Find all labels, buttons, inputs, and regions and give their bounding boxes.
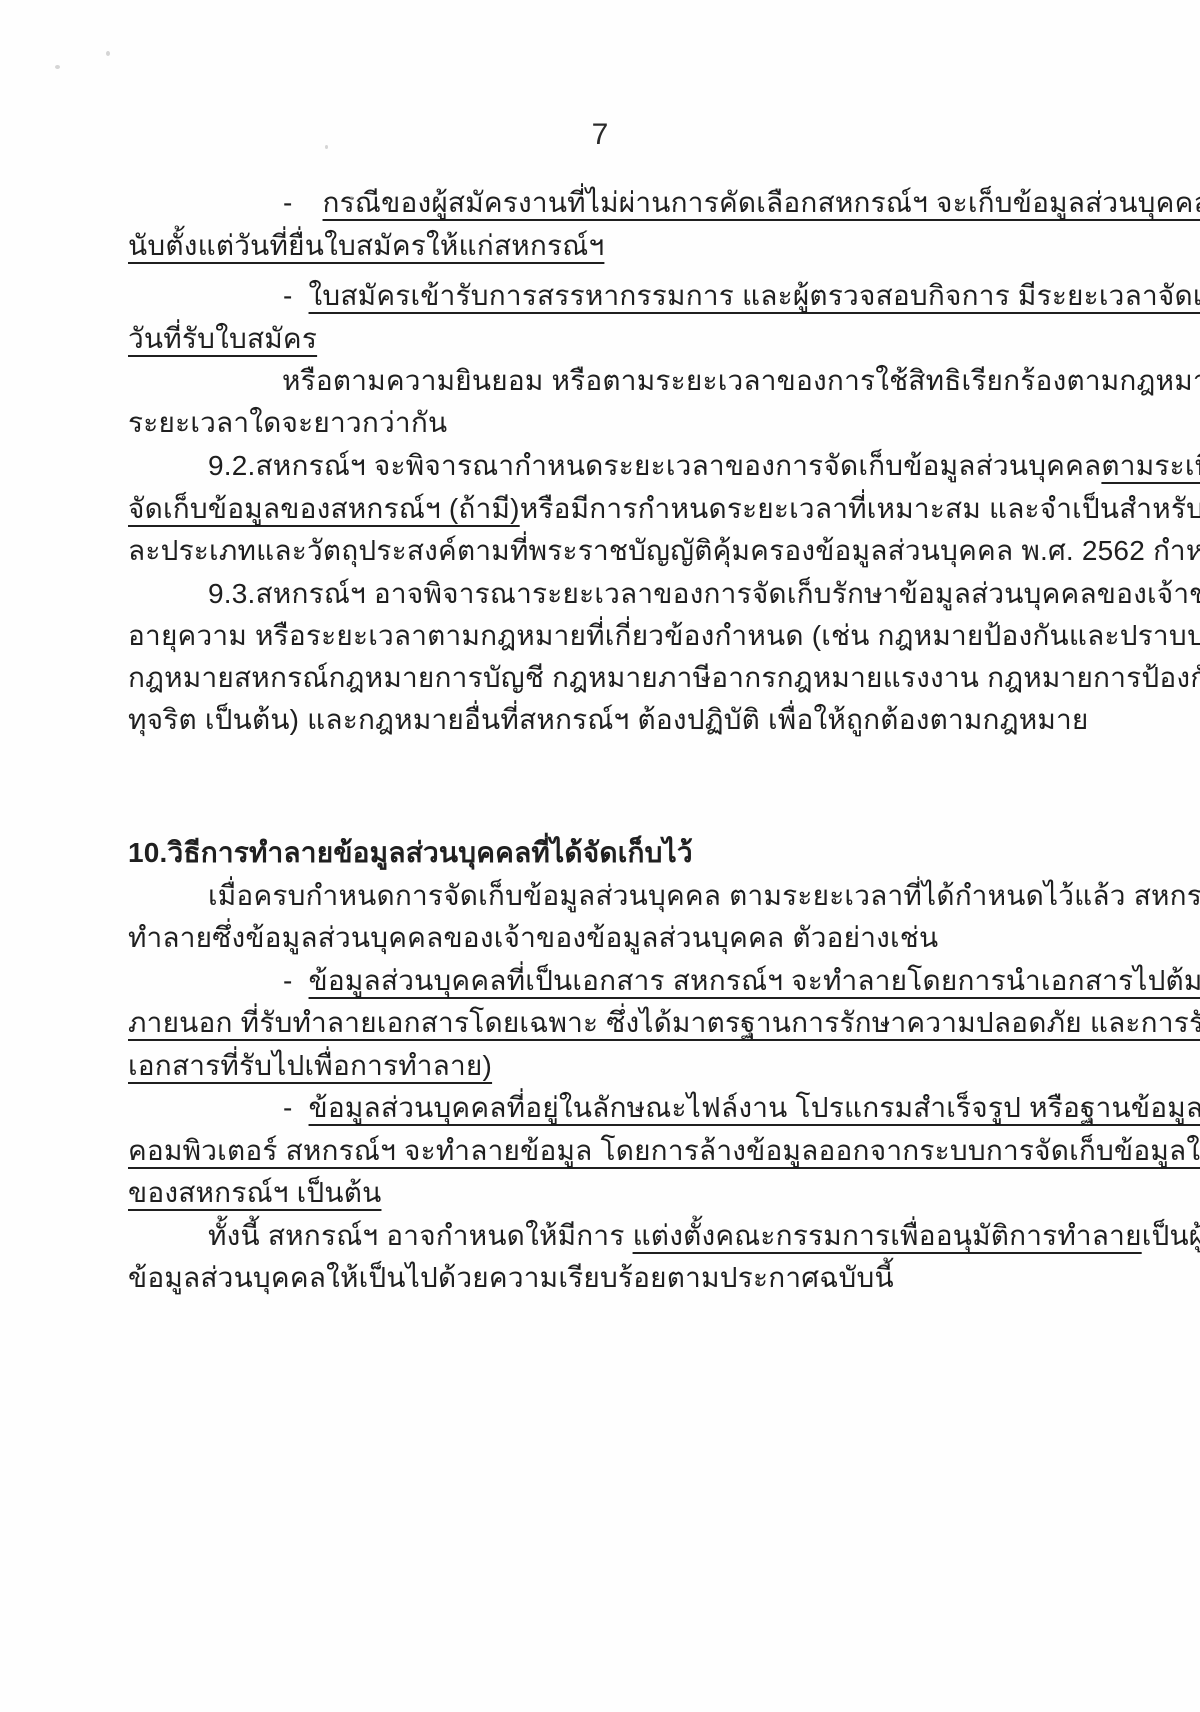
bullet-line: -ข้อมูลส่วนบุคคลที่อยู่ในลักษณะไฟล์งาน โ… xyxy=(283,1088,1200,1128)
underlined-text: คอมพิวเตอร์ สหกรณ์ฯ จะทำลายข้อมูล โดยการ… xyxy=(128,1135,1200,1166)
plain-text: ทั้งนี้ สหกรณ์ฯ อาจกำหนดให้มีการ xyxy=(208,1220,633,1251)
plain-text: - xyxy=(283,276,293,316)
plain-text: 9.3.สหกรณ์ฯ อาจพิจารณาระยะเวลาของการจัดเ… xyxy=(208,578,1200,609)
underlined-text: ตามระเบียบว่าด้วยการ xyxy=(1101,450,1200,481)
underlined-text: ภายนอก ที่รับทำลายเอกสารโดยเฉพาะ ซึ่งได้… xyxy=(128,1007,1200,1038)
text-line: คอมพิวเตอร์ สหกรณ์ฯ จะทำลายข้อมูล โดยการ… xyxy=(128,1131,1200,1171)
plain-text: - xyxy=(283,183,293,223)
plain-text: หรือมีการกำหนดระยะเวลาที่เหมาะสม และจำเป… xyxy=(520,493,1200,524)
underlined-text: ใบสมัครเข้ารับการสรรหากรรมการ และผู้ตรวจ… xyxy=(309,280,1200,311)
paragraph-line: ระยะเวลาใดจะยาวกว่ากัน xyxy=(128,403,447,443)
paragraph-line: เมื่อครบกำหนดการจัดเก็บข้อมูลส่วนบุคคล ต… xyxy=(208,876,1200,916)
paragraph-line: ทุจริต เป็นต้น) และกฎหมายอื่นที่สหกรณ์ฯ … xyxy=(128,700,1089,740)
paragraph-line: ข้อมูลส่วนบุคคลให้เป็นไปด้วยความเรียบร้อ… xyxy=(128,1258,894,1298)
page-number: 7 xyxy=(0,118,1200,152)
paragraph-line: หรือตามความยินยอม หรือตามระยะเวลาของการใ… xyxy=(282,361,1200,401)
paragraph-line: ละประเภทและวัตถุประสงค์ตามที่พระราชบัญญั… xyxy=(128,531,1200,571)
plain-text: อายุความ หรือระยะเวลาตามกฎหมายที่เกี่ยวข… xyxy=(128,620,1200,651)
plain-text: 9.2.สหกรณ์ฯ จะพิจารณากำหนดระยะเวลาของการ… xyxy=(208,450,1101,481)
scan-speck xyxy=(55,65,60,69)
paragraph-line: 9.2.สหกรณ์ฯ จะพิจารณากำหนดระยะเวลาของการ… xyxy=(208,446,1200,486)
plain-text: - xyxy=(283,1088,293,1128)
underlined-text: นับตั้งแต่วันที่ยื่นใบสมัครให้แก่สหกรณ์ฯ xyxy=(128,230,604,261)
text-line: ของสหกรณ์ฯ เป็นต้น xyxy=(128,1173,381,1213)
underlined-text: วันที่รับใบสมัคร xyxy=(128,323,317,354)
text-line: ภายนอก ที่รับทำลายเอกสารโดยเฉพาะ ซึ่งได้… xyxy=(128,1003,1200,1043)
paragraph-line: 9.3.สหกรณ์ฯ อาจพิจารณาระยะเวลาของการจัดเ… xyxy=(208,574,1200,614)
plain-text: ระยะเวลาใดจะยาวกว่ากัน xyxy=(128,407,447,438)
underlined-text: จัดเก็บข้อมูลของสหกรณ์ฯ (ถ้ามี) xyxy=(128,493,520,524)
plain-text: ละประเภทและวัตถุประสงค์ตามที่พระราชบัญญั… xyxy=(128,535,1200,566)
plain-text: - xyxy=(283,961,293,1001)
plain-text: ทำลายซึ่งข้อมูลส่วนบุคคลของเจ้าของข้อมูล… xyxy=(128,922,938,953)
plain-text: ทุจริต เป็นต้น) และกฎหมายอื่นที่สหกรณ์ฯ … xyxy=(128,704,1089,735)
underlined-text: ข้อมูลส่วนบุคคลที่อยู่ในลักษณะไฟล์งาน โป… xyxy=(309,1092,1200,1123)
paragraph-line: ทำลายซึ่งข้อมูลส่วนบุคคลของเจ้าของข้อมูล… xyxy=(128,918,938,958)
text-line: เอกสารที่รับไปเพื่อการทำลาย) xyxy=(128,1046,492,1086)
underlined-text: แต่งตั้งคณะกรรมการเพื่ออนุมัติการทำลาย xyxy=(633,1220,1142,1251)
plain-text: เป็นผู้อนุมัติการทำลาย xyxy=(1142,1220,1200,1251)
text-line: วันที่รับใบสมัคร xyxy=(128,319,317,359)
underlined-text: ข้อมูลส่วนบุคคลที่เป็นเอกสาร สหกรณ์ฯ จะท… xyxy=(309,965,1200,996)
document-page: 7 -กรณีของผู้สมัครงานที่ไม่ผ่านการคัดเลื… xyxy=(0,0,1200,1712)
plain-text: กฎหมายสหกรณ์กฎหมายการบัญชี กฎหมายภาษีอาก… xyxy=(128,662,1200,693)
paragraph-line: กฎหมายสหกรณ์กฎหมายการบัญชี กฎหมายภาษีอาก… xyxy=(128,658,1200,698)
bullet-line: -กรณีของผู้สมัครงานที่ไม่ผ่านการคัดเลือก… xyxy=(283,183,1200,223)
underlined-text: กรณีของผู้สมัครงานที่ไม่ผ่านการคัดเลือกส… xyxy=(323,187,1200,218)
plain-text: 10.วิธีการทำลายข้อมูลส่วนบุคคลที่ได้จัดเ… xyxy=(128,837,693,868)
scan-speck xyxy=(325,145,328,149)
paragraph-line: จัดเก็บข้อมูลของสหกรณ์ฯ (ถ้ามี)หรือมีการ… xyxy=(128,489,1200,529)
plain-text: หรือตามความยินยอม หรือตามระยะเวลาของการใ… xyxy=(282,365,1200,396)
plain-text: ข้อมูลส่วนบุคคลให้เป็นไปด้วยความเรียบร้อ… xyxy=(128,1262,894,1293)
bullet-line: -ใบสมัครเข้ารับการสรรหากรรมการ และผู้ตรว… xyxy=(283,276,1200,316)
bullet-line: -ข้อมูลส่วนบุคคลที่เป็นเอกสาร สหกรณ์ฯ จะ… xyxy=(283,961,1200,1001)
scan-speck xyxy=(350,196,353,199)
paragraph-line: ทั้งนี้ สหกรณ์ฯ อาจกำหนดให้มีการ แต่งตั้… xyxy=(208,1216,1200,1256)
text-line: นับตั้งแต่วันที่ยื่นใบสมัครให้แก่สหกรณ์ฯ xyxy=(128,226,604,266)
underlined-text: ของสหกรณ์ฯ เป็นต้น xyxy=(128,1177,381,1208)
plain-text: เมื่อครบกำหนดการจัดเก็บข้อมูลส่วนบุคคล ต… xyxy=(208,880,1200,911)
underlined-text: เอกสารที่รับไปเพื่อการทำลาย) xyxy=(128,1050,492,1081)
paragraph-line: อายุความ หรือระยะเวลาตามกฎหมายที่เกี่ยวข… xyxy=(128,616,1200,656)
section-heading: 10.วิธีการทำลายข้อมูลส่วนบุคคลที่ได้จัดเ… xyxy=(128,833,693,873)
scan-speck xyxy=(106,51,110,56)
